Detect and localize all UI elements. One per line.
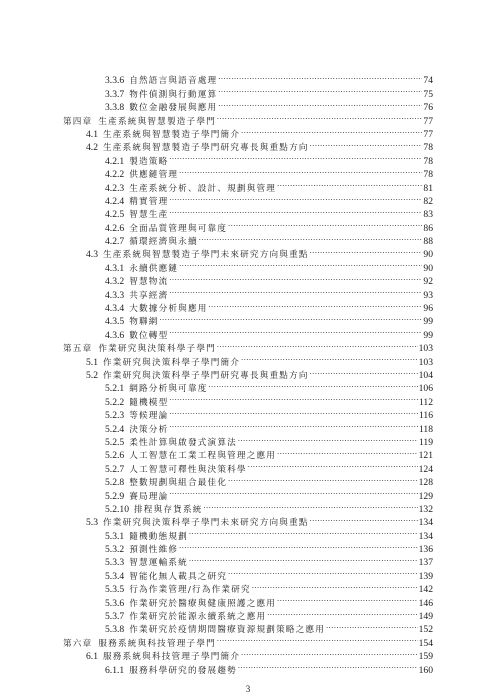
toc-dot-leader <box>179 539 417 552</box>
toc-row: 5.3.3智慧運輸系統137 <box>0 552 496 565</box>
toc-dot-leader <box>241 124 422 137</box>
toc-dot-leader <box>228 565 417 578</box>
toc-row: 5.3.4智能化無人載具之研究139 <box>0 565 496 578</box>
toc-row: 4.2.5智慧生產83 <box>0 204 496 217</box>
toc-dot-leader <box>169 324 422 337</box>
toc-dot-leader <box>189 552 418 565</box>
toc-dot-leader <box>217 632 418 645</box>
toc-dot-leader <box>228 472 417 485</box>
toc-row: 4.3.1永續供應鏈90 <box>0 257 496 270</box>
toc-dot-leader <box>189 525 418 538</box>
toc-row: 4.2.2供應鏈管理78 <box>0 164 496 177</box>
toc-dot-leader <box>169 485 417 498</box>
toc-row: 4.3.5物聯網99 <box>0 311 496 324</box>
toc-row: 5.2.7人工智慧可釋性與決策科學124 <box>0 458 496 471</box>
toc-row: 3.3.7物件偵測與行動運算75 <box>0 83 496 96</box>
toc-dot-leader <box>277 177 422 190</box>
toc-row: 5.3.8作業研究於疫情期間醫療資源規劃策略之應用152 <box>0 619 496 632</box>
toc-row: 5.3.1隨機動態規劃134 <box>0 525 496 538</box>
toc-entry-title: 服務科學研究的發展趨勢 <box>129 665 237 678</box>
toc-dot-leader <box>238 659 418 672</box>
toc-dot-leader <box>241 646 417 659</box>
toc-dot-leader <box>179 164 422 177</box>
toc-row: 5.2.3等候理論116 <box>0 405 496 418</box>
toc-row: 4.2.3生產系統分析、設計、規劃與管理81 <box>0 177 496 190</box>
toc-row: 4.3.6數位轉型99 <box>0 324 496 337</box>
toc-row: 4.2生產系統與智慧製造子學門研究專長與重點方向78 <box>0 137 496 150</box>
toc-dot-leader <box>169 405 418 418</box>
toc-row: 4.2.1製造策略78 <box>0 150 496 163</box>
toc-row: 4.3.4大數據分析與應用96 <box>0 298 496 311</box>
toc-dot-leader <box>248 458 418 471</box>
toc-dot-leader <box>209 298 423 311</box>
toc-dot-leader <box>169 284 422 297</box>
toc-dot-leader <box>169 391 418 404</box>
toc-row: 4.2.4精實管理82 <box>0 191 496 204</box>
toc-dot-leader <box>169 150 422 163</box>
toc-dot-leader <box>209 378 418 391</box>
toc-row: 5.3.2預測性維修136 <box>0 539 496 552</box>
toc-row: 5.2.5柔性計算與啟發式演算法119 <box>0 432 496 445</box>
toc-dot-leader <box>217 110 422 123</box>
toc-dot-leader <box>204 499 418 512</box>
toc-row: 3.3.8數位金融發展與應用76 <box>0 97 496 110</box>
toc-row: 第四章生產系統與智慧製造子學門77 <box>0 110 496 123</box>
toc-dot-leader <box>199 231 423 244</box>
toc-row: 5.2.2隨機模型112 <box>0 391 496 404</box>
toc-row: 5.2.10排程與存貨系統132 <box>0 499 496 512</box>
toc-dot-leader <box>218 83 422 96</box>
toc-dot-leader <box>218 97 422 110</box>
toc-dot-leader <box>217 338 418 351</box>
toc-dot-leader <box>310 512 418 525</box>
toc-row: 第五章作業研究與決策科學子學門103 <box>0 338 496 351</box>
toc-dot-leader <box>326 619 418 632</box>
toc-row: 4.2.7循環經濟與永續88 <box>0 231 496 244</box>
toc-dot-leader <box>160 311 423 324</box>
toc-row: 5.1作業研究與決策科學子學門簡介103 <box>0 351 496 364</box>
toc-dot-leader <box>277 592 418 605</box>
toc-entry-page: 160 <box>419 664 433 677</box>
toc-dot-leader <box>252 579 418 592</box>
toc-row: 5.2.6人工智慧在工業工程與管理之應用121 <box>0 445 496 458</box>
toc-row: 5.3.7作業研究於能源永續系統之應用149 <box>0 606 496 619</box>
toc-dot-leader <box>169 191 422 204</box>
toc-row: 3.3.6自然語言與語音處理74 <box>0 70 496 83</box>
toc-subsection-entry[interactable]: 6.1.1服務科學研究的發展趨勢160 <box>105 659 433 678</box>
toc-row: 4.3生產系統與智慧製造子學門未來研究方向與重點90 <box>0 244 496 257</box>
toc-dot-leader <box>238 432 418 445</box>
toc-dot-leader <box>310 365 418 378</box>
toc-row: 5.3作業研究與決策科學子學門未來研究方向與重點134 <box>0 512 496 525</box>
toc-dot-leader <box>310 244 423 257</box>
toc-dot-leader <box>169 271 422 284</box>
toc-dot-leader <box>241 351 417 364</box>
toc-row: 6.1.1服務科學研究的發展趨勢160 <box>0 659 496 672</box>
toc-row: 5.2.9賽局理論129 <box>0 485 496 498</box>
toc-row: 5.2.8整數規劃與組合最佳化128 <box>0 472 496 485</box>
toc-dot-leader <box>277 445 418 458</box>
toc-row: 4.3.3共享經濟93 <box>0 284 496 297</box>
toc-row: 4.1生產系統與智慧製造子學門簡介77 <box>0 124 496 137</box>
toc-row: 4.3.2智慧物流92 <box>0 271 496 284</box>
toc-row: 5.2.1網路分析與可靠度106 <box>0 378 496 391</box>
toc-dot-leader <box>310 137 423 150</box>
toc-row: 5.2作業研究與決策科學子學門研究專長與重點方向104 <box>0 365 496 378</box>
toc-dot-leader <box>169 204 422 217</box>
toc-row: 第六章服務系統與科技管理子學門154 <box>0 632 496 645</box>
toc-entry-number: 6.1.1 <box>105 664 124 677</box>
toc-dot-leader <box>169 418 418 431</box>
toc-dot-leader <box>179 257 422 270</box>
toc-row: 5.2.4決策分析118 <box>0 418 496 431</box>
page-number: 3 <box>0 684 496 694</box>
toc-dot-leader <box>228 217 422 230</box>
toc-row: 5.3.5行為作業管理/行為作業研究142 <box>0 579 496 592</box>
toc-dot-leader <box>218 70 422 83</box>
toc-row: 6.1服務系統與科技管理子學門簡介159 <box>0 646 496 659</box>
toc-row: 4.2.6全面品質管理與可靠度86 <box>0 217 496 230</box>
toc-dot-leader <box>267 606 417 619</box>
toc-row: 5.3.6作業研究於醫療與健康照護之應用146 <box>0 592 496 605</box>
table-of-contents: 3.3.6自然語言與語音處理743.3.7物件偵測與行動運算753.3.8數位金… <box>0 70 496 673</box>
